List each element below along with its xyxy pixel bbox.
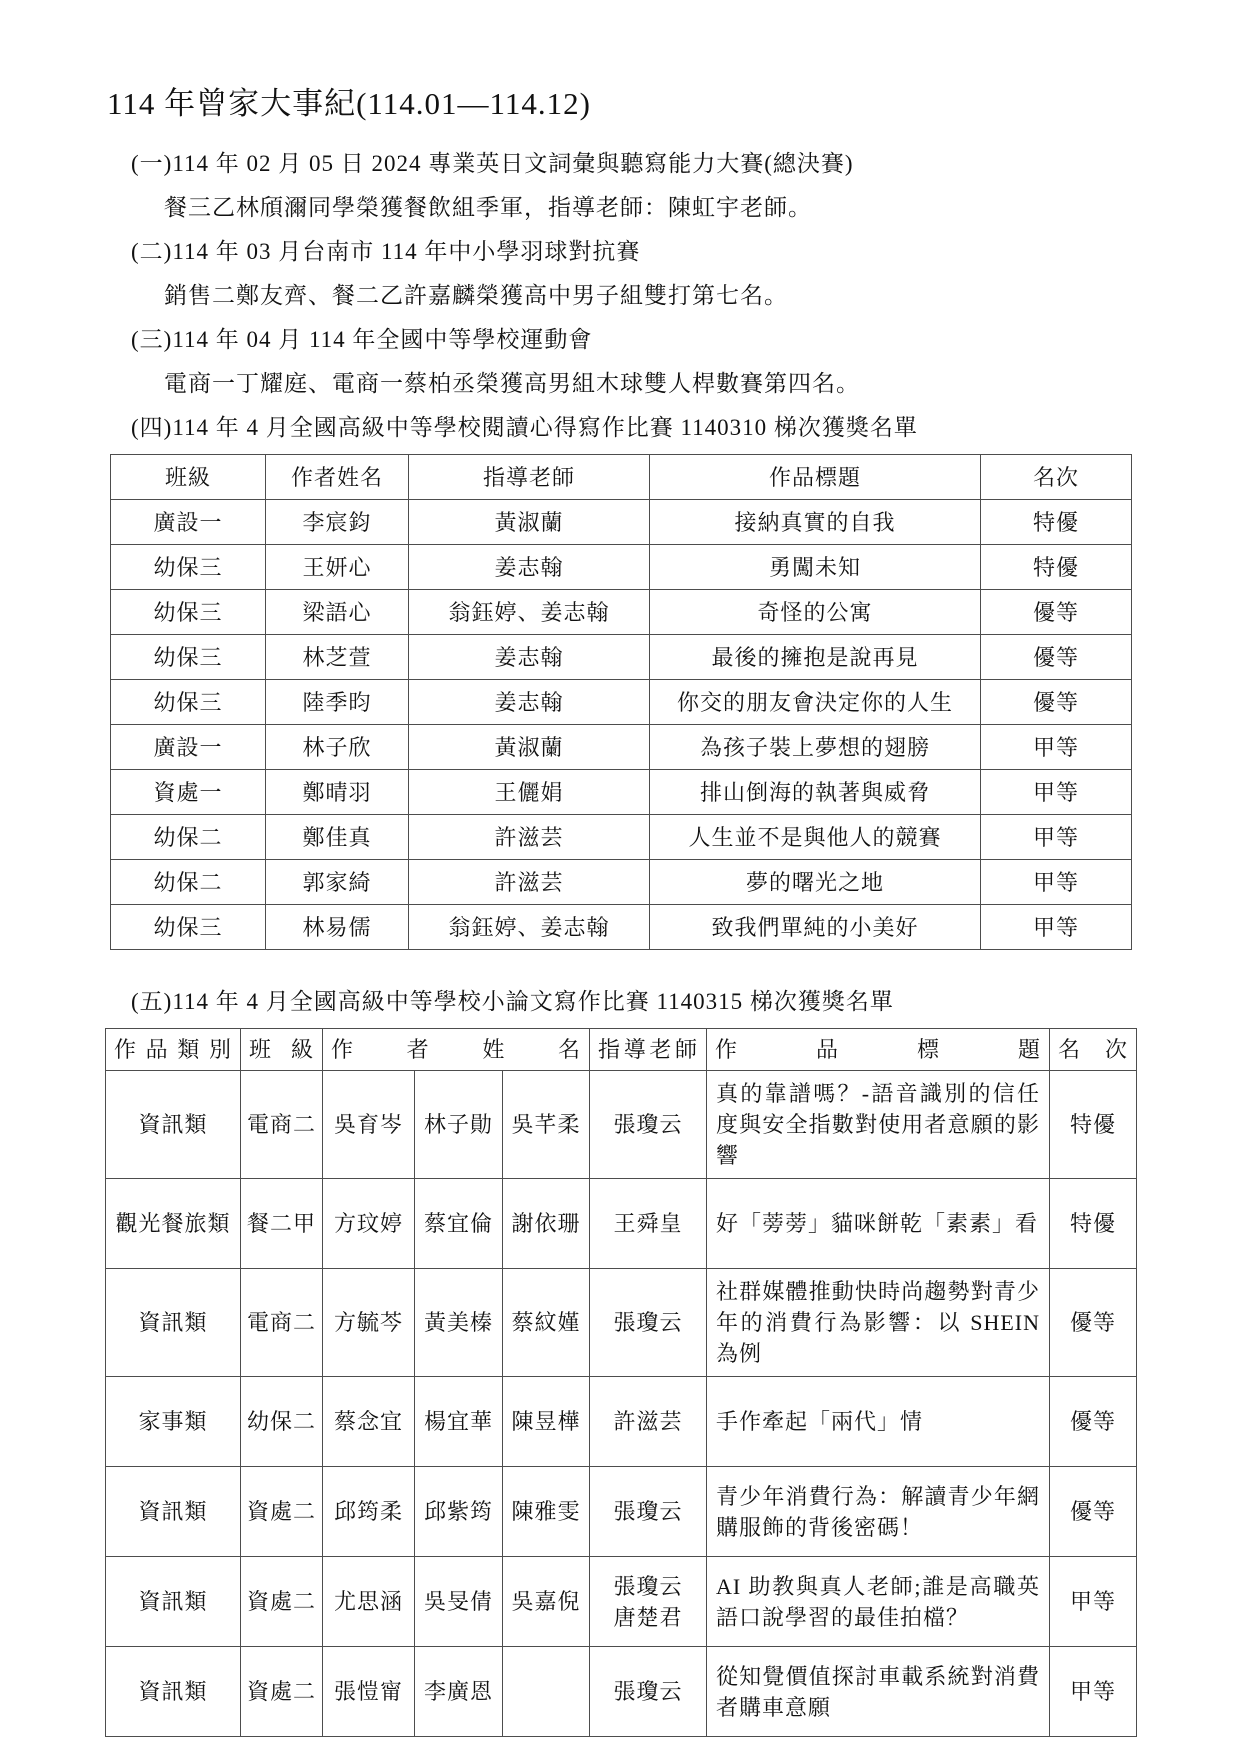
title-cell: 最後的擁抱是說再見	[650, 635, 981, 680]
author-cell: 吳育岑	[323, 1071, 415, 1179]
title-cell: 夢的曙光之地	[650, 860, 981, 905]
class-cell: 幼保三	[111, 590, 266, 635]
table-row: 幼保二鄭佳真許滋芸人生並不是與他人的競賽甲等	[111, 815, 1132, 860]
teacher-cell: 張瓊云 唐楚君	[590, 1557, 707, 1647]
rank-cell: 特優	[981, 545, 1132, 590]
category-cell: 資訊類	[106, 1269, 241, 1377]
title-cell: 人生並不是與他人的競賽	[650, 815, 981, 860]
essay-contest-rows: 資訊類電商二吳育岑林子勛吳芊柔張瓊云真的靠譜嗎？-語音識別的信任度與安全指數對使…	[106, 1071, 1137, 1737]
event-heading-1: (一)114 年 02 月 05 日 2024 專業英日文詞彙與聽寫能力大賽(總…	[131, 142, 1241, 186]
author-cell: 楊宜華	[415, 1377, 503, 1467]
title-cell: 手作牽起「兩代」情	[707, 1377, 1050, 1467]
category-cell: 家事類	[106, 1377, 241, 1467]
table-row: 幼保三林易儒翁鈺婷、姜志翰致我們單純的小美好甲等	[111, 905, 1132, 950]
class-cell: 廣設一	[111, 725, 266, 770]
author-cell: 邱紫筠	[415, 1467, 503, 1557]
rank-cell: 特優	[1050, 1179, 1137, 1269]
class-cell: 幼保三	[111, 680, 266, 725]
teacher-cell: 姜志翰	[409, 635, 650, 680]
author-cell: 林易儒	[266, 905, 409, 950]
author-cell: 陳昱樺	[503, 1377, 590, 1467]
rank-cell: 特優	[981, 500, 1132, 545]
teacher-cell: 許滋芸	[590, 1377, 707, 1467]
header-title: 作 品 標 題	[707, 1029, 1050, 1071]
table-row: 幼保三王妍心姜志翰勇闖未知特優	[111, 545, 1132, 590]
rank-cell: 甲等	[981, 815, 1132, 860]
author-cell: 張愷甯	[323, 1647, 415, 1737]
event-heading-4: (四)114 年 4 月全國高級中等學校閱讀心得寫作比賽 1140310 梯次獲…	[131, 406, 1241, 450]
author-cell: 李廣恩	[415, 1647, 503, 1737]
teacher-cell: 黃淑蘭	[409, 725, 650, 770]
author-cell: 林子勛	[415, 1071, 503, 1179]
class-cell: 資處二	[241, 1647, 323, 1737]
author-cell: 方玟婷	[323, 1179, 415, 1269]
rank-cell: 甲等	[981, 860, 1132, 905]
header-category: 作品類別	[106, 1029, 241, 1071]
author-cell: 林芝萱	[266, 635, 409, 680]
header-rank: 名 次	[1050, 1029, 1137, 1071]
table-row: 資訊類資處二張愷甯李廣恩張瓊云從知覺價值探討車載系統對消費者購車意願甲等	[106, 1647, 1137, 1737]
reading-contest-rows: 廣設一李宸鈞黃淑蘭接納真實的自我特優幼保三王妍心姜志翰勇闖未知特優幼保三梁語心翁…	[111, 500, 1132, 950]
author-cell: 吳芊柔	[503, 1071, 590, 1179]
table-row: 幼保三林芝萱姜志翰最後的擁抱是說再見優等	[111, 635, 1132, 680]
table-row: 資訊類電商二吳育岑林子勛吳芊柔張瓊云真的靠譜嗎？-語音識別的信任度與安全指數對使…	[106, 1071, 1137, 1179]
teacher-cell: 翁鈺婷、姜志翰	[409, 905, 650, 950]
class-cell: 幼保二	[111, 860, 266, 905]
teacher-cell: 許滋芸	[409, 815, 650, 860]
event-detail-2: 銷售二鄭友齊、餐二乙許嘉麟榮獲高中男子組雙打第七名。	[164, 274, 1241, 318]
teacher-cell: 姜志翰	[409, 545, 650, 590]
rank-cell: 優等	[981, 680, 1132, 725]
table-row: 資訊類電商二方毓芩黃美榛蔡紋嫤張瓊云社群媒體推動快時尚趨勢對青少年的消費行為影響…	[106, 1269, 1137, 1377]
event-detail-1: 餐三乙林頎濔同學榮獲餐飲組季軍，指導老師：陳虹宇老師。	[164, 186, 1241, 230]
teacher-cell: 張瓊云	[590, 1071, 707, 1179]
title-cell: 真的靠譜嗎？-語音識別的信任度與安全指數對使用者意願的影響	[707, 1071, 1050, 1179]
class-cell: 資處一	[111, 770, 266, 815]
class-cell: 電商二	[241, 1269, 323, 1377]
author-cell: 黃美榛	[415, 1269, 503, 1377]
header-teacher: 指導老師	[590, 1029, 707, 1071]
rank-cell: 甲等	[981, 770, 1132, 815]
author-cell: 鄭佳真	[266, 815, 409, 860]
category-cell: 觀光餐旅類	[106, 1179, 241, 1269]
rank-cell: 優等	[1050, 1377, 1137, 1467]
event-detail-3: 電商一丁耀庭、電商一蔡柏丞榮獲高男組木球雙人桿數賽第四名。	[164, 362, 1241, 406]
author-cell: 梁語心	[266, 590, 409, 635]
table-row: 廣設一林子欣黃淑蘭為孩子裝上夢想的翅膀甲等	[111, 725, 1132, 770]
author-cell: 鄭晴羽	[266, 770, 409, 815]
title-cell: 社群媒體推動快時尚趨勢對青少年的消費行為影響：以 SHEIN 為例	[707, 1269, 1050, 1377]
author-cell	[503, 1647, 590, 1737]
rank-cell: 特優	[1050, 1071, 1137, 1179]
class-cell: 幼保二	[111, 815, 266, 860]
table-row: 幼保二郭家綺許滋芸夢的曙光之地甲等	[111, 860, 1132, 905]
teacher-cell: 許滋芸	[409, 860, 650, 905]
title-cell: 勇闖未知	[650, 545, 981, 590]
title-cell: 從知覺價值探討車載系統對消費者購車意願	[707, 1647, 1050, 1737]
class-cell: 餐二甲	[241, 1179, 323, 1269]
table-header-row: 作品類別 班 級 作 者 姓 名 指導老師 作 品 標 題 名 次	[106, 1029, 1137, 1071]
table-row: 幼保三梁語心翁鈺婷、姜志翰奇怪的公寓優等	[111, 590, 1132, 635]
author-cell: 陸季昀	[266, 680, 409, 725]
author-cell: 謝依珊	[503, 1179, 590, 1269]
category-cell: 資訊類	[106, 1467, 241, 1557]
header-title: 作品標題	[650, 455, 981, 500]
teacher-cell: 張瓊云	[590, 1467, 707, 1557]
event-list: (一)114 年 02 月 05 日 2024 專業英日文詞彙與聽寫能力大賽(總…	[0, 142, 1241, 1737]
class-cell: 廣設一	[111, 500, 266, 545]
author-cell: 林子欣	[266, 725, 409, 770]
essay-contest-table: 作品類別 班 級 作 者 姓 名 指導老師 作 品 標 題 名 次 資訊類電商二…	[105, 1028, 1137, 1737]
header-class: 班級	[111, 455, 266, 500]
header-class: 班 級	[241, 1029, 323, 1071]
header-rank: 名次	[981, 455, 1132, 500]
class-cell: 幼保三	[111, 905, 266, 950]
teacher-cell: 張瓊云	[590, 1647, 707, 1737]
author-cell: 吳旻倩	[415, 1557, 503, 1647]
table-row: 資訊類資處二尤思涵吳旻倩吳嘉倪張瓊云 唐楚君AI 助教與真人老師;誰是高職英語口…	[106, 1557, 1137, 1647]
table-row: 資處一鄭晴羽王儷娟排山倒海的執著與威脅甲等	[111, 770, 1132, 815]
class-cell: 幼保三	[111, 545, 266, 590]
title-cell: 青少年消費行為：解讀青少年網購服飾的背後密碼！	[707, 1467, 1050, 1557]
category-cell: 資訊類	[106, 1071, 241, 1179]
category-cell: 資訊類	[106, 1647, 241, 1737]
reading-contest-table: 班級 作者姓名 指導老師 作品標題 名次 廣設一李宸鈞黃淑蘭接納真實的自我特優幼…	[110, 454, 1132, 950]
table-header-row: 班級 作者姓名 指導老師 作品標題 名次	[111, 455, 1132, 500]
category-cell: 資訊類	[106, 1557, 241, 1647]
rank-cell: 甲等	[1050, 1557, 1137, 1647]
event-heading-3: (三)114 年 04 月 114 年全國中等學校運動會	[131, 318, 1241, 362]
author-cell: 方毓芩	[323, 1269, 415, 1377]
teacher-cell: 王儷娟	[409, 770, 650, 815]
title-cell: 接納真實的自我	[650, 500, 981, 545]
title-cell: 你交的朋友會決定你的人生	[650, 680, 981, 725]
event-heading-2: (二)114 年 03 月台南市 114 年中小學羽球對抗賽	[131, 230, 1241, 274]
document-page: 114 年曾家大事紀(114.01—114.12) (一)114 年 02 月 …	[0, 0, 1241, 1755]
title-cell: 排山倒海的執著與威脅	[650, 770, 981, 815]
rank-cell: 甲等	[981, 725, 1132, 770]
table-row: 家事類幼保二蔡念宜楊宜華陳昱樺許滋芸手作牽起「兩代」情優等	[106, 1377, 1137, 1467]
teacher-cell: 張瓊云	[590, 1269, 707, 1377]
rank-cell: 甲等	[981, 905, 1132, 950]
author-cell: 蔡念宜	[323, 1377, 415, 1467]
class-cell: 幼保三	[111, 635, 266, 680]
teacher-cell: 姜志翰	[409, 680, 650, 725]
author-cell: 尤思涵	[323, 1557, 415, 1647]
page-title: 114 年曾家大事紀(114.01—114.12)	[107, 84, 1241, 124]
class-cell: 幼保二	[241, 1377, 323, 1467]
teacher-cell: 翁鈺婷、姜志翰	[409, 590, 650, 635]
rank-cell: 甲等	[1050, 1647, 1137, 1737]
class-cell: 資處二	[241, 1467, 323, 1557]
author-cell: 李宸鈞	[266, 500, 409, 545]
table-row: 觀光餐旅類餐二甲方玟婷蔡宜倫謝依珊王舜皇好「蒡蒡」貓咪餅乾「素素」看特優	[106, 1179, 1137, 1269]
header-authors: 作 者 姓 名	[323, 1029, 590, 1071]
table-row: 資訊類資處二邱筠柔邱紫筠陳雅雯張瓊云青少年消費行為：解讀青少年網購服飾的背後密碼…	[106, 1467, 1137, 1557]
title-cell: 為孩子裝上夢想的翅膀	[650, 725, 981, 770]
event-heading-5: (五)114 年 4 月全國高級中等學校小論文寫作比賽 1140315 梯次獲獎…	[131, 980, 1241, 1024]
teacher-cell: 王舜皇	[590, 1179, 707, 1269]
rank-cell: 優等	[981, 635, 1132, 680]
author-cell: 陳雅雯	[503, 1467, 590, 1557]
teacher-cell: 黃淑蘭	[409, 500, 650, 545]
header-author: 作者姓名	[266, 455, 409, 500]
author-cell: 邱筠柔	[323, 1467, 415, 1557]
title-cell: 致我們單純的小美好	[650, 905, 981, 950]
author-cell: 蔡紋嫤	[503, 1269, 590, 1377]
class-cell: 資處二	[241, 1557, 323, 1647]
title-cell: 好「蒡蒡」貓咪餅乾「素素」看	[707, 1179, 1050, 1269]
title-cell: AI 助教與真人老師;誰是高職英語口說學習的最佳拍檔？	[707, 1557, 1050, 1647]
rank-cell: 優等	[1050, 1269, 1137, 1377]
author-cell: 吳嘉倪	[503, 1557, 590, 1647]
table-row: 廣設一李宸鈞黃淑蘭接納真實的自我特優	[111, 500, 1132, 545]
title-cell: 奇怪的公寓	[650, 590, 981, 635]
class-cell: 電商二	[241, 1071, 323, 1179]
author-cell: 王妍心	[266, 545, 409, 590]
header-teacher: 指導老師	[409, 455, 650, 500]
table-row: 幼保三陸季昀姜志翰你交的朋友會決定你的人生優等	[111, 680, 1132, 725]
author-cell: 蔡宜倫	[415, 1179, 503, 1269]
author-cell: 郭家綺	[266, 860, 409, 905]
rank-cell: 優等	[981, 590, 1132, 635]
rank-cell: 優等	[1050, 1467, 1137, 1557]
